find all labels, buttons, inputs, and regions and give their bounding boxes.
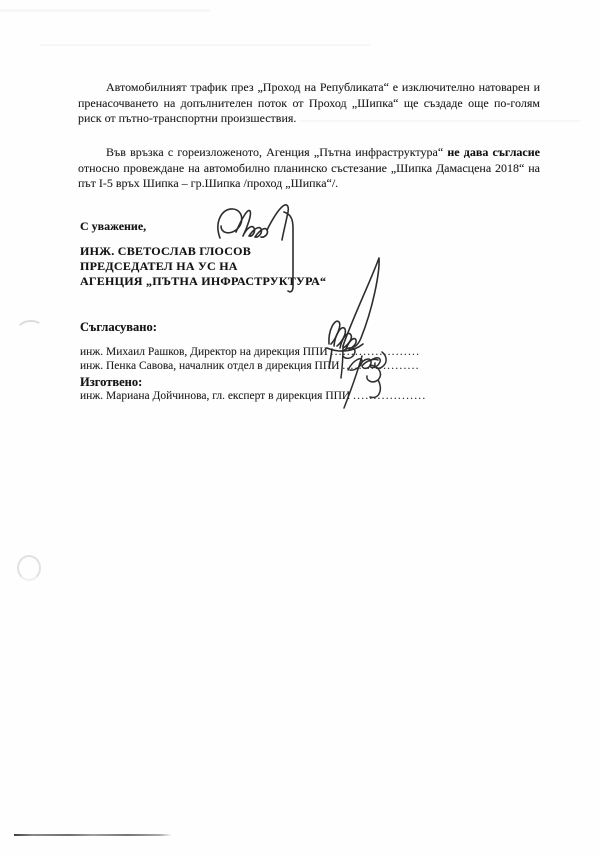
punch-hole-top-icon	[15, 319, 45, 342]
prepared-heading: Изготвено:	[80, 375, 142, 390]
signer-title-line1: ПРЕДСЕДАТЕЛ НА УС НА	[80, 259, 326, 274]
agreed-heading: Съгласувано:	[80, 320, 157, 335]
signer-block: ИНЖ. СВЕТОСЛАВ ГЛОСОВ ПРЕДСЕДАТЕЛ НА УС …	[80, 244, 326, 288]
approval-line-department-head: инж. Пенка Савова, началник отдел в дире…	[80, 360, 420, 372]
paragraph-refusal-post: относно провеждане на автомобилно планин…	[78, 161, 540, 191]
paragraph-refusal-pre: Във връзка с гореизложеното, Агенция „Пъ…	[106, 145, 447, 159]
signer-title-line2: АГЕНЦИЯ „ПЪТНА ИНФРАСТРУКТУРА“	[80, 274, 326, 289]
scanned-letter-page: Автомобилният трафик през „Проход на Реп…	[0, 0, 600, 856]
scan-streak	[40, 44, 370, 46]
scan-scratch-line	[14, 834, 172, 836]
salutation: С уважение,	[80, 219, 146, 234]
dotted-signature-line: ..................	[353, 390, 426, 402]
punch-hole-bottom-icon	[17, 555, 41, 581]
prepared-line-expert-text: инж. Мариана Дойчинова, гл. експерт в ди…	[80, 390, 353, 402]
paragraph-traffic-risk: Автомобилният трафик през „Проход на Реп…	[78, 80, 540, 127]
signer-name: ИНЖ. СВЕТОСЛАВ ГЛОСОВ	[80, 244, 326, 259]
paragraph-traffic-risk-text: Автомобилният трафик през „Проход на Реп…	[78, 80, 540, 125]
approval-line-director: инж. Михаил Рашков, Директор на дирекция…	[80, 346, 420, 358]
dotted-signature-line: ......................	[331, 346, 421, 358]
paragraph-refusal: Във връзка с гореизложеното, Агенция „Пъ…	[78, 145, 540, 192]
dotted-signature-line: ...................	[342, 360, 419, 372]
approval-line-director-text: инж. Михаил Рашков, Директор на дирекция…	[80, 346, 331, 358]
prepared-line-expert: инж. Мариана Дойчинова, гл. експерт в ди…	[80, 390, 426, 402]
refusal-bold-phrase: не дава съгласие	[447, 145, 540, 159]
approval-line-department-head-text: инж. Пенка Савова, началник отдел в дире…	[80, 360, 342, 372]
scan-streak	[0, 9, 210, 12]
